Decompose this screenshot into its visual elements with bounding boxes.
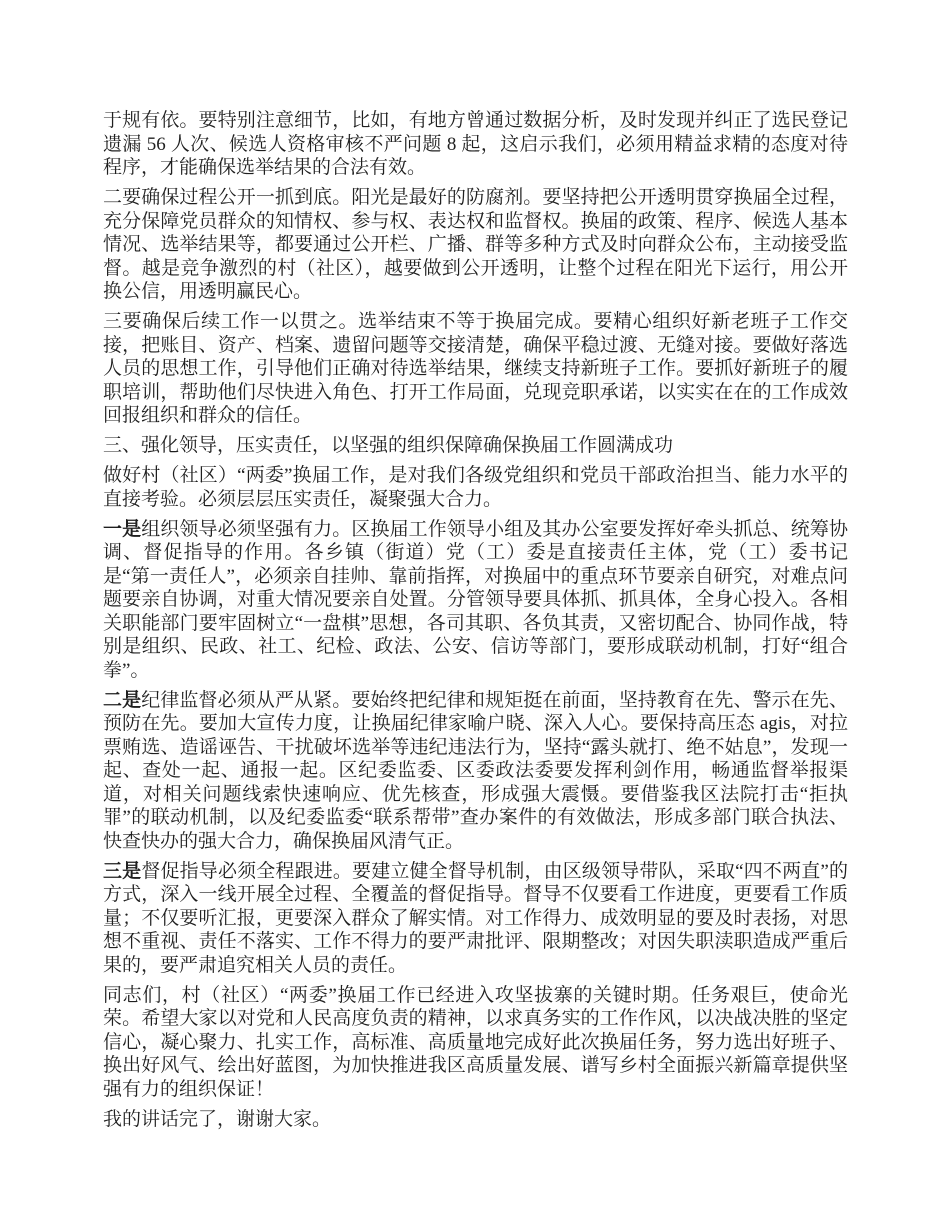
paragraph-lead: 一是 — [103, 519, 141, 540]
paragraph-lead: 三是 — [103, 861, 141, 882]
paragraph: 我的讲话完了，谢谢大家。 — [103, 1108, 848, 1132]
paragraph: 三、强化领导，压实责任，以坚强的组织保障确保换届工作圆满成功 — [103, 434, 848, 458]
paragraph-lead: 二是 — [103, 690, 141, 711]
paragraph: 于规有依。要特别注意细节，比如，有地方曾通过数据分析，及时发现并纠正了选民登记遗… — [103, 109, 848, 180]
paragraph-with-lead: 二是纪律监督必须从严从紧。要始终把纪律和规矩挺在前面，坚持教育在先、警示在先、预… — [103, 689, 848, 854]
paragraph: 二要确保过程公开一抓到底。阳光是最好的防腐剂。要坚持把公开透明贯穿换届全过程，充… — [103, 186, 848, 304]
document-page: 于规有依。要特别注意细节，比如，有地方曾通过数据分析，及时发现并纠正了选民登记遗… — [0, 0, 950, 1230]
document-body: 于规有依。要特别注意细节，比如，有地方曾通过数据分析，及时发现并纠正了选民登记遗… — [103, 109, 848, 1131]
paragraph: 做好村（社区）“两委”换届工作，是对我们各级党组织和党员干部政治担当、能力水平的… — [103, 464, 848, 511]
paragraph: 三要确保后续工作一以贯之。选举结束不等于换届完成。要精心组织好新老班子工作交接，… — [103, 310, 848, 428]
paragraph: 同志们，村（社区）“两委”换届工作已经进入攻坚拔寨的关键时期。任务艰巨，使命光荣… — [103, 984, 848, 1102]
paragraph-with-lead: 一是组织领导必须坚强有力。区换届工作领导小组及其办公室要发挥好牵头抓总、统筹协调… — [103, 518, 848, 683]
paragraph-with-lead: 三是督促指导必须全程跟进。要建立健全督导机制，由区级领导带队，采取“四不两直”的… — [103, 860, 848, 978]
